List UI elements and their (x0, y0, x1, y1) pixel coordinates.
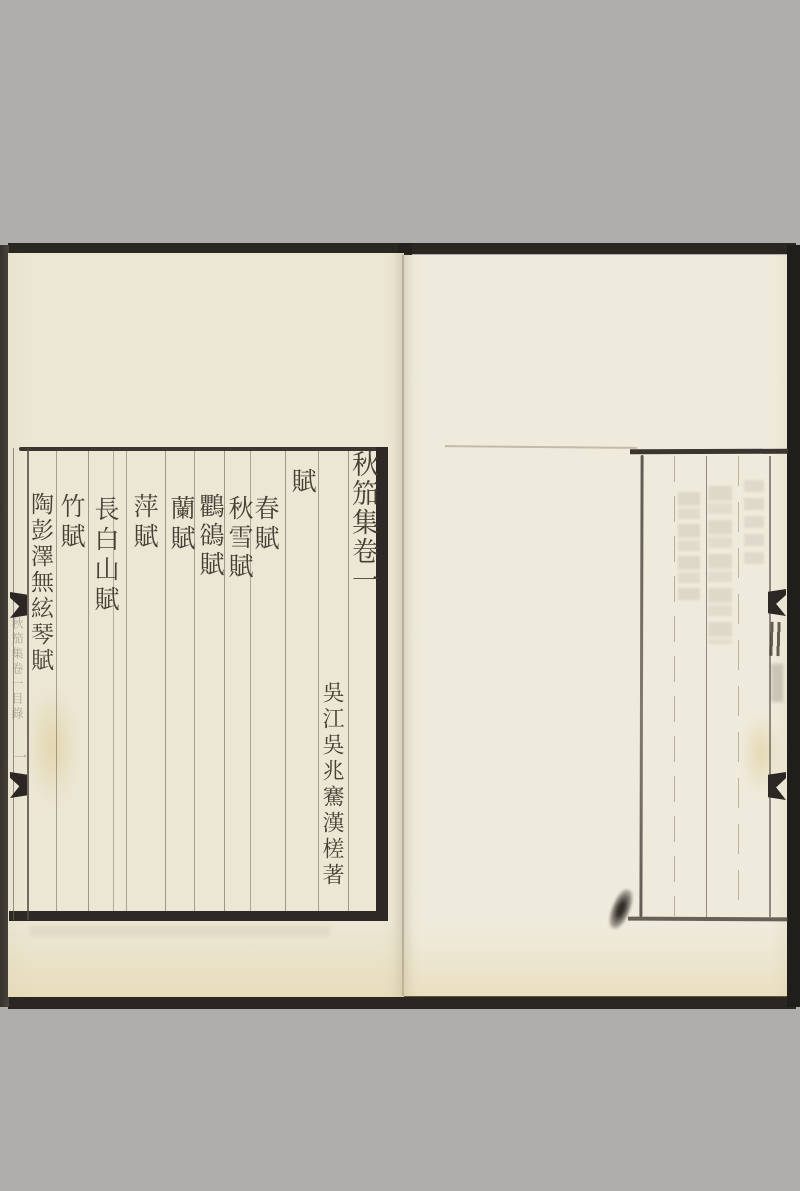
toc-item: 鸜鵒賦 (197, 493, 222, 580)
verso-rule-line (706, 456, 707, 917)
book-cover-edge-right (787, 245, 800, 1007)
verso-rule-line (738, 456, 739, 916)
toc-item: 秋雪賦 (226, 495, 251, 582)
spine-shadow (392, 253, 414, 997)
toc-item: 長白山賦 (92, 496, 117, 616)
volume-title: 秋笳集卷一 (349, 450, 376, 595)
toc-item: 陶彭澤無絃琴賦 (29, 492, 52, 674)
toc-item: 竹賦 (58, 493, 83, 553)
verso-bottom-border (628, 917, 788, 922)
column-rule-line (88, 451, 89, 911)
toc-item: 萍賦 (131, 493, 156, 553)
fold-page-number: 一 (13, 750, 26, 763)
bleedthrough-text (744, 480, 764, 568)
bleedthrough-text (678, 492, 700, 600)
author-attribution: 吳江吳兆騫漢槎著 (321, 681, 343, 889)
bleedthrough-streak (30, 926, 330, 936)
page-stain (26, 688, 80, 806)
column-rule-line (165, 451, 166, 911)
toc-frame-top-border (19, 447, 388, 451)
toc-item: 蘭賦 (168, 495, 193, 555)
toc-frame-bottom-border (9, 911, 388, 921)
fold-smudge (771, 664, 783, 702)
bleedthrough-text (708, 486, 732, 644)
section-header-fu: 賦 (289, 468, 314, 493)
fold-strip-label: 秋笳集卷一目錄 (11, 617, 23, 722)
column-rule-line (194, 451, 195, 911)
verso-top-border (630, 449, 788, 455)
column-rule-line (318, 451, 319, 911)
book-cover-edge-bottom (8, 996, 796, 1009)
fold-glyph-fragment (769, 622, 783, 656)
verso-rule-line (674, 456, 675, 916)
column-rule-line (285, 451, 286, 911)
column-rule-line (126, 451, 127, 911)
toc-item: 春賦 (252, 495, 277, 555)
